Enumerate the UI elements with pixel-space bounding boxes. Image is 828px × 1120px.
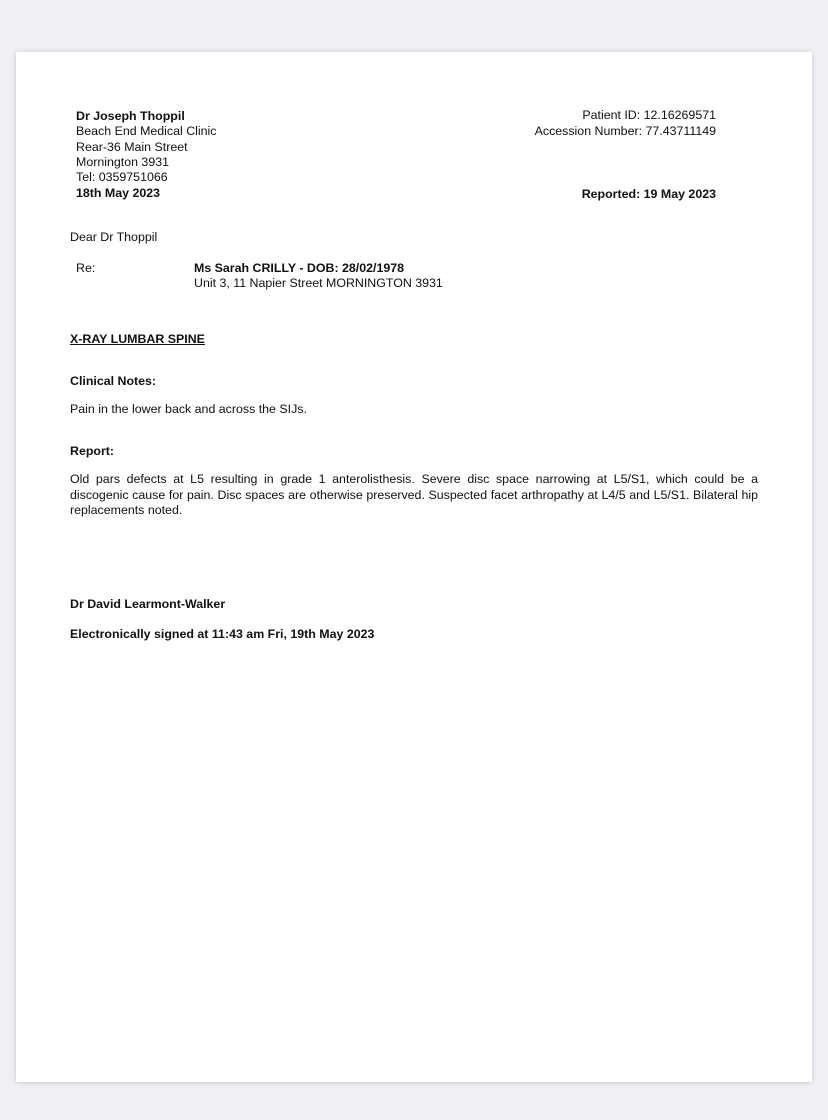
patient-name-dob: Ms Sarah CRILLY - DOB: 28/02/1978 bbox=[194, 261, 443, 276]
electronic-signature: Electronically signed at 11:43 am Fri, 1… bbox=[70, 627, 374, 641]
referrer-street: Rear-36 Main Street bbox=[76, 140, 217, 155]
patient-block: Ms Sarah CRILLY - DOB: 28/02/1978 Unit 3… bbox=[194, 261, 443, 291]
document-page: Dr Joseph Thoppil Beach End Medical Clin… bbox=[16, 52, 812, 1082]
reported-date: Reported: 19 May 2023 bbox=[582, 187, 716, 201]
report-heading: Report: bbox=[70, 444, 114, 458]
exam-title: X-RAY LUMBAR SPINE bbox=[70, 332, 205, 346]
referrer-clinic: Beach End Medical Clinic bbox=[76, 124, 217, 139]
referrer-block: Dr Joseph Thoppil Beach End Medical Clin… bbox=[76, 109, 217, 202]
referral-date: 18th May 2023 bbox=[76, 186, 217, 201]
radiologist-name: Dr David Learmont-Walker bbox=[70, 597, 225, 611]
salutation: Dear Dr Thoppil bbox=[70, 230, 157, 244]
referrer-name: Dr Joseph Thoppil bbox=[76, 109, 217, 124]
accession-number: Accession Number: 77.43711149 bbox=[535, 124, 716, 140]
identifier-block: Patient ID: 12.16269571 Accession Number… bbox=[535, 108, 716, 139]
clinical-notes-heading: Clinical Notes: bbox=[70, 374, 156, 388]
report-text: Old pars defects at L5 resulting in grad… bbox=[70, 472, 758, 519]
clinical-notes-text: Pain in the lower back and across the SI… bbox=[70, 402, 307, 416]
patient-address: Unit 3, 11 Napier Street MORNINGTON 3931 bbox=[194, 276, 443, 291]
patient-id: Patient ID: 12.16269571 bbox=[535, 108, 716, 124]
referrer-phone: Tel: 0359751066 bbox=[76, 170, 217, 185]
re-label: Re: bbox=[76, 261, 95, 275]
referrer-suburb: Mornington 3931 bbox=[76, 155, 217, 170]
